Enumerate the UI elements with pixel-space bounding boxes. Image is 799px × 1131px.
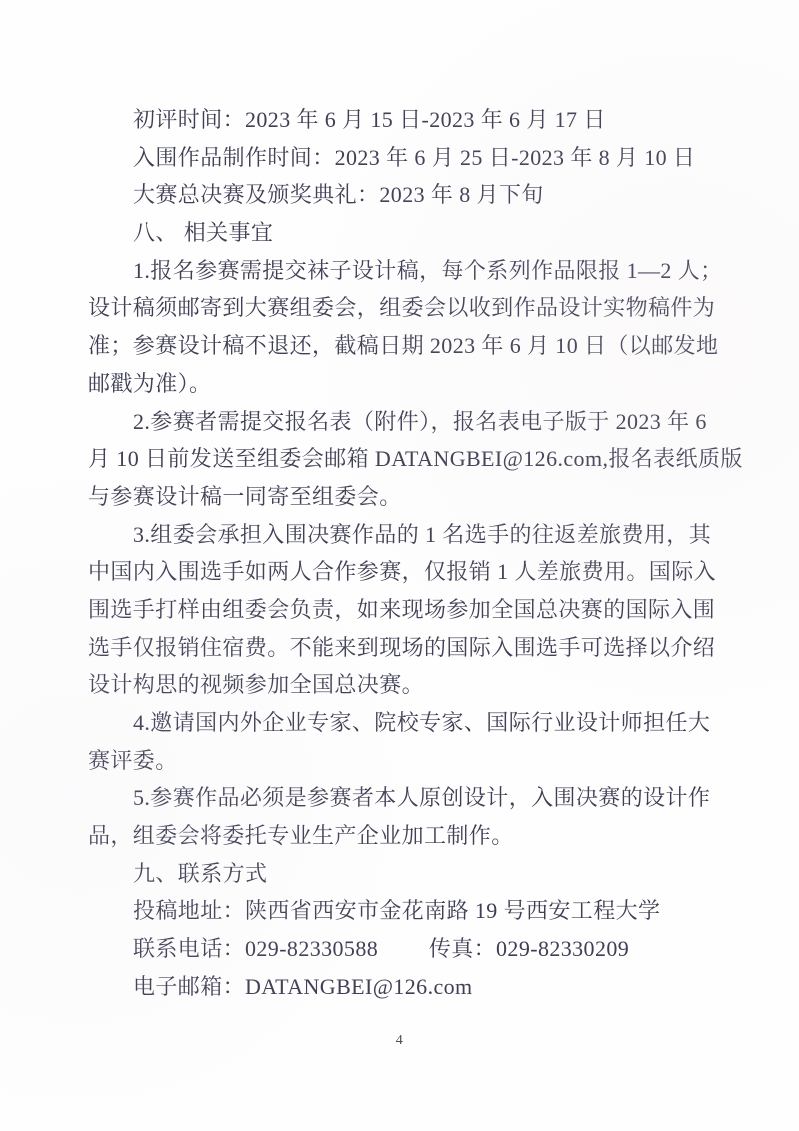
text-line-item-3: 围选手打样由组委会负责，如来现场参加全国总决赛的国际入围 xyxy=(88,591,728,629)
text-line-item-3: 选手仅报销住宿费。不能来到现场的国际入围选手可选择以介绍 xyxy=(88,629,728,667)
text-line-item-3: 设计构思的视频参加全国总决赛。 xyxy=(88,666,728,704)
text-line-item-1: 准；参赛设计稿不退还，截稿日期 2023 年 6 月 10 日（以邮发地 xyxy=(88,327,728,365)
text-line-schedule-final-ceremony: 大赛总决赛及颁奖典礼：2023 年 8 月下旬 xyxy=(88,176,728,214)
text-line-item-2: 与参赛设计稿一同寄至组委会。 xyxy=(88,478,728,516)
text-line-schedule-initial-review: 初评时间：2023 年 6 月 15 日-2023 年 6 月 17 日 xyxy=(88,101,728,139)
text-line-item-3: 中国内入围选手如两人合作参赛，仅报销 1 人差旅费用。国际入 xyxy=(88,553,728,591)
text-line-item-5: 5.参赛作品必须是参赛者本人原创设计，入围决赛的设计作 xyxy=(88,779,728,817)
text-line-item-4: 4.邀请国内外企业专家、院校专家、国际行业设计师担任大 xyxy=(88,704,728,742)
text-line-item-1: 1.报名参赛需提交袜子设计稿，每个系列作品限报 1—2 人； xyxy=(88,252,728,290)
text-line-schedule-shortlist-making: 入围作品制作时间：2023 年 6 月 25 日-2023 年 8 月 10 日 xyxy=(88,139,728,177)
text-line-item-3: 3.组委会承担入围决赛作品的 1 名选手的往返差旅费用，其 xyxy=(88,516,728,554)
text-line-item-2: 2.参赛者需提交报名表（附件），报名表电子版于 2023 年 6 xyxy=(88,403,728,441)
text-line-heading-9: 九、联系方式 xyxy=(88,855,728,893)
page-number: 4 xyxy=(0,1033,799,1049)
text-line-item-2: 月 10 日前发送至组委会邮箱 DATANGBEI@126.com,报名表纸质版 xyxy=(88,440,728,478)
text-line-heading-8: 八、 相关事宜 xyxy=(88,214,728,252)
text-line-item-1: 邮戳为准）。 xyxy=(88,365,728,403)
document-page: 初评时间：2023 年 6 月 15 日-2023 年 6 月 17 日入围作品… xyxy=(0,0,799,1131)
text-line-contact-phone-fax: 联系电话：029-82330588 传真：029-82330209 xyxy=(88,930,728,968)
text-line-item-1: 设计稿须邮寄到大赛组委会，组委会以收到作品设计实物稿件为 xyxy=(88,289,728,327)
text-line-item-4: 赛评委。 xyxy=(88,742,728,780)
text-line-contact-address: 投稿地址：陕西省西安市金花南路 19 号西安工程大学 xyxy=(88,892,728,930)
document-body: 初评时间：2023 年 6 月 15 日-2023 年 6 月 17 日入围作品… xyxy=(88,101,728,1006)
text-line-item-5: 品，组委会将委托专业生产企业加工制作。 xyxy=(88,817,728,855)
text-line-contact-email: 电子邮箱：DATANGBEI@126.com xyxy=(88,968,728,1006)
